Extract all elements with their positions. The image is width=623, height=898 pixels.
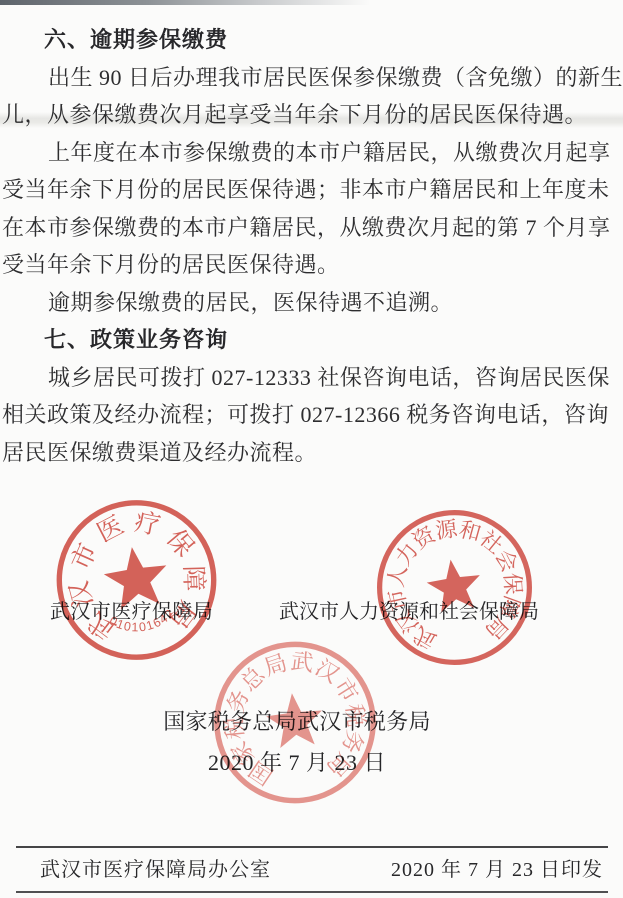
svg-text:资: 资 <box>409 522 441 554</box>
svg-text:社: 社 <box>475 526 507 559</box>
svg-text:武: 武 <box>289 649 314 676</box>
paragraph-line: 儿，从参保缴费次月起享受当年余下月份的居民医保待遇。 <box>2 96 621 134</box>
paragraph-line: 出生 90 日后办理我市居民医保参保缴费（含免缴）的新生 <box>2 59 621 97</box>
svg-text:武: 武 <box>410 622 441 654</box>
section-heading-policy-consult: 七、政策业务咨询 <box>44 321 621 359</box>
svg-text:疗: 疗 <box>132 507 163 540</box>
footer-divider-top <box>16 846 608 848</box>
paragraph-line: 受当年余下月份的居民医保待遇；非本市户籍居民和上年度未 <box>2 171 621 209</box>
paragraph-line: 相关政策及经办流程；可拨打 027-12366 税务咨询电话，咨询 <box>2 396 621 434</box>
svg-text:源: 源 <box>434 517 460 544</box>
svg-text:局: 局 <box>261 650 290 681</box>
footer-print-date: 2020 年 7 月 23 日印发 <box>391 857 603 883</box>
signature-hr-social-security-bureau: 武汉市人力资源和社会保障局 <box>279 599 539 625</box>
footer-issuing-office: 武汉市医疗保障局办公室 <box>40 857 271 883</box>
svg-text:总: 总 <box>236 662 270 696</box>
svg-text:市: 市 <box>329 674 362 707</box>
official-seal-medical-security-bureau: 武汉市医疗保障局4201010164266 <box>42 486 230 674</box>
signature-tax-bureau: 国家税务总局武汉市税务局 <box>158 708 436 736</box>
paragraph-line: 受当年余下月份的居民医保待遇。 <box>2 246 621 284</box>
svg-text:人: 人 <box>384 563 412 589</box>
paragraph-line: 在本市参保缴费的本市户籍居民，从缴费次月起的第 7 个月享 <box>2 209 621 247</box>
signature-tax-bureau-block: 国家税务总局武汉市税务局 2020 年 7 月 23 日 <box>158 708 436 777</box>
svg-text:会: 会 <box>490 546 521 577</box>
footer-divider-bottom <box>16 891 608 893</box>
svg-text:力: 力 <box>391 539 423 571</box>
section-heading-overdue-payment: 六、逾期参保缴费 <box>44 21 621 59</box>
svg-text:保: 保 <box>500 572 525 595</box>
svg-text:医: 医 <box>92 510 128 548</box>
paragraph-line: 逾期参保缴费的居民，医保待遇不追溯。 <box>2 284 621 322</box>
svg-text:汉: 汉 <box>311 655 344 688</box>
scanned-document-page: 六、逾期参保缴费 出生 90 日后办理我市居民医保参保缴费（含免缴）的新生 儿，… <box>0 0 623 898</box>
svg-text:障: 障 <box>179 565 209 592</box>
paragraph-line: 城乡居民可拨打 027-12333 社保咨询电话，咨询居民医保 <box>2 359 621 397</box>
svg-text:市: 市 <box>66 539 103 574</box>
paragraph-line: 上年度在本市参保缴费的本市户籍居民，从缴费次月起享 <box>2 134 621 172</box>
scan-edge-artifact <box>0 0 370 5</box>
document-body: 六、逾期参保缴费 出生 90 日后办理我市居民医保参保缴费（含免缴）的新生 儿，… <box>0 21 623 471</box>
svg-text:保: 保 <box>161 524 200 563</box>
official-seal-hr-social-security-bureau: 武汉市人力资源和社会保障局 <box>364 497 546 679</box>
paragraph-line: 居民医保缴费渠道及经办流程。 <box>2 434 621 472</box>
svg-text:和: 和 <box>456 517 483 546</box>
signature-date: 2020 年 7 月 23 日 <box>158 749 436 777</box>
signature-medical-security-bureau: 武汉市医疗保障局 <box>50 599 213 625</box>
